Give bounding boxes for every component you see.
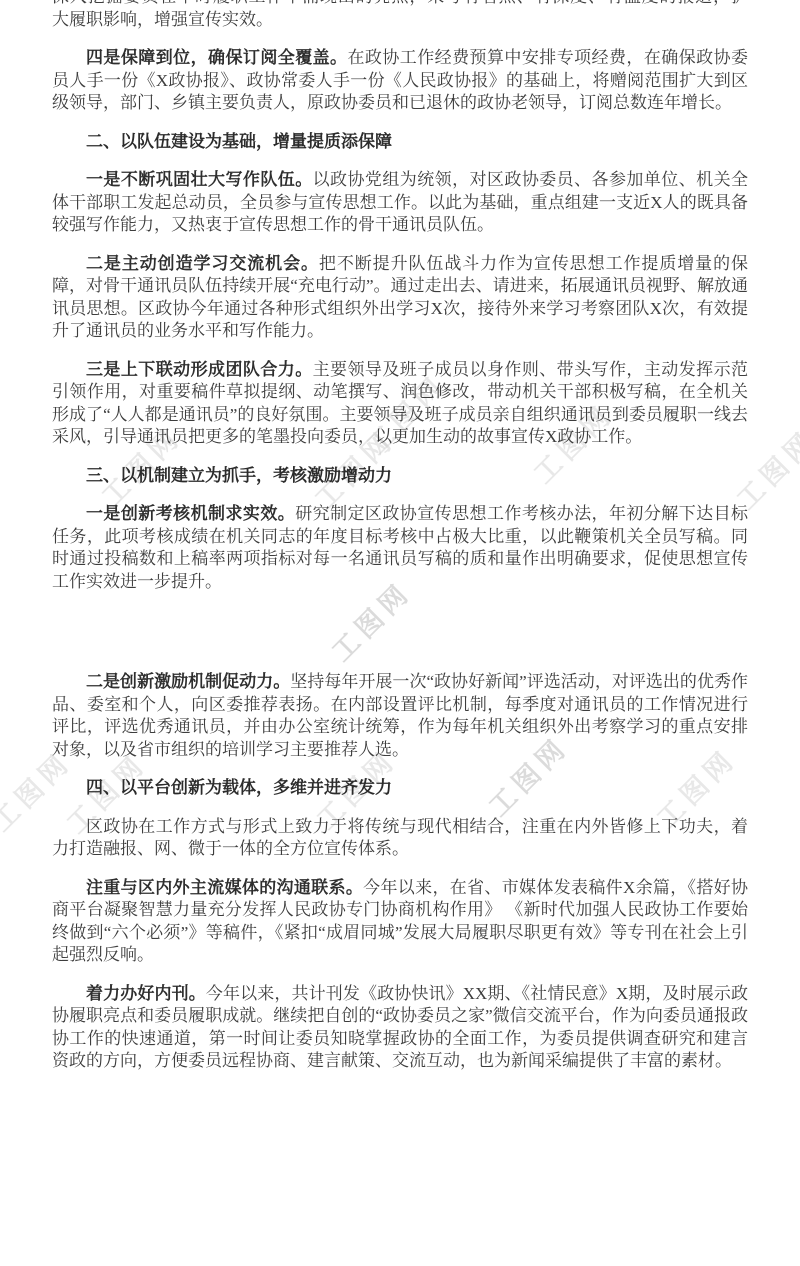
paragraph: 注重与区内外主流媒体的沟通联系。今年以来，在省、市媒体发表稿件X余篇，《搭好协商… xyxy=(52,877,748,967)
paragraph-lead: 着力办好内刊。 xyxy=(86,984,206,1003)
paragraph: 二是主动创造学习交流机会。把不断提升队伍战斗力作为宣传思想工作提质增量的保障，对… xyxy=(52,253,748,343)
paragraph: 二是创新激励机制促动力。坚持每年开展一次“政协好新闻”评选活动，对评选出的优秀作… xyxy=(52,671,748,761)
paragraph-lead: 注重与区内外主流媒体的沟通联系。 xyxy=(86,878,363,897)
paragraph-line-clipped: 深入挖掘委员在平时履职工作中涌现出的亮点，采写有看点、有深度、有温度的报道，扩 xyxy=(52,0,748,9)
paragraph: 四是保障到位，确保订阅全覆盖。在政协工作经费预算中安排专项经费，在确保政协委员人… xyxy=(52,47,748,115)
paragraph: 一是不断巩固壮大写作队伍。以政协党组为统领，对区政协委员、各参加单位、机关全体干… xyxy=(52,169,748,237)
paragraph: 区政协在工作方式与形式上致力于将传统与现代相结合，注重在内外皆修上下功夫，着力打… xyxy=(52,816,748,861)
paragraph-lead: 四是保障到位，确保订阅全覆盖。 xyxy=(86,48,348,67)
paragraph-line: 大履职影响，增强宣传实效。 xyxy=(52,9,748,32)
paragraph: 着力办好内刊。今年以来，共计刊发《政协快讯》XX期、《社情民意》X期，及时展示政… xyxy=(52,983,748,1073)
section-heading-3: 三、以机制建立为抓手，考核激励增动力 xyxy=(52,465,748,488)
section-heading-2: 二、以队伍建设为基础，增量提质添保障 xyxy=(52,131,748,154)
paragraph-lead: 二是主动创造学习交流机会。 xyxy=(86,254,319,273)
section-heading-4: 四、以平台创新为载体，多维并进齐发力 xyxy=(52,777,748,800)
paragraph: 三是上下联动形成团队合力。主要领导及班子成员以身作则、带头写作，主动发挥示范引领… xyxy=(52,359,748,449)
paragraph-body: 区政协在工作方式与形式上致力于将传统与现代相结合，注重在内外皆修上下功夫，着力打… xyxy=(52,817,748,859)
paragraph-lead: 一是创新考核机制求实效。 xyxy=(86,504,295,523)
paragraph-lead: 一是不断巩固壮大写作队伍。 xyxy=(86,170,313,189)
paragraph-continuation: 深入挖掘委员在平时履职工作中涌现出的亮点，采写有看点、有深度、有温度的报道，扩 … xyxy=(52,0,748,31)
paragraph-lead: 二是创新激励机制促动力。 xyxy=(86,672,290,691)
paragraph-lead: 三是上下联动形成团队合力。 xyxy=(86,360,313,379)
paragraph: 一是创新考核机制求实效。研究制定区政协宣传思想工作考核办法，年初分解下达目标任务… xyxy=(52,503,748,593)
document-page: 工图网 工图网 工图网 工图网 工图网 工图网 工图网 工图网 工图网 工图网 … xyxy=(0,0,800,1266)
document-content: 深入挖掘委员在平时履职工作中涌现出的亮点，采写有看点、有深度、有温度的报道，扩 … xyxy=(52,0,748,1089)
